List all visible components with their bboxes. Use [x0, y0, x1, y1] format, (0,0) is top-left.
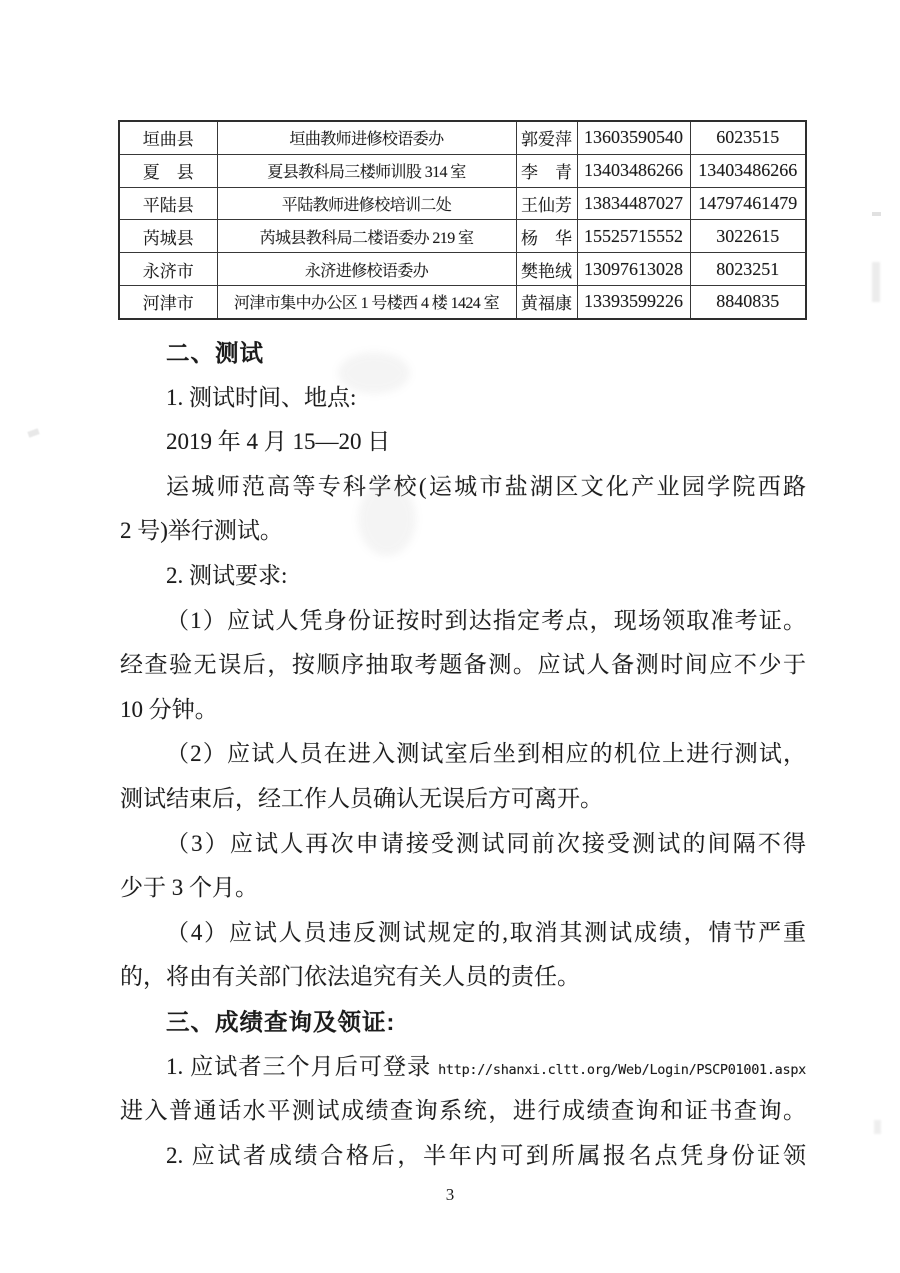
results-url-text: http://shanxi.cltt.org/Web/Login/PSCP010…	[438, 1062, 806, 1078]
cell-address: 垣曲教师进修校语委办	[217, 121, 516, 154]
paragraph-line-with-url: 1. 应试者三个月后可登录 http://shanxi.cltt.org/Web…	[120, 1045, 806, 1090]
cell-district: 芮城县	[119, 220, 217, 253]
table-row: 夏 县 夏县教科局三楼师训股 314 室 李 青 13403486266 134…	[119, 154, 806, 187]
cell-mobile: 13834487027	[577, 187, 690, 220]
cell-mobile: 13603590540	[577, 121, 690, 154]
table-row: 永济市 永济进修校语委办 樊艳绒 13097613028 8023251	[119, 253, 806, 286]
paragraph-line: 少于 3 个月。	[120, 866, 806, 911]
cell-contact: 杨 华	[516, 220, 577, 253]
table-row: 芮城县 芮城县教科局二楼语委办 219 室 杨 华 15525715552 30…	[119, 220, 806, 253]
cell-contact: 郭爱萍	[516, 121, 577, 154]
cell-address: 河津市集中办公区 1 号楼西 4 楼 1424 室	[217, 285, 516, 318]
section-heading-results: 三、成绩查询及领证:	[120, 1000, 806, 1045]
scan-artifact	[874, 1120, 881, 1134]
cell-district: 永济市	[119, 253, 217, 286]
table-row: 垣曲县 垣曲教师进修校语委办 郭爱萍 13603590540 6023515	[119, 121, 806, 154]
cell-district: 河津市	[119, 285, 217, 318]
page-number: 3	[120, 1185, 780, 1205]
cell-address: 芮城县教科局二楼语委办 219 室	[217, 220, 516, 253]
cell-contact: 李 青	[516, 154, 577, 187]
cell-phone: 3022615	[690, 220, 806, 253]
paragraph-line: 运城师范高等专科学校(运城市盐湖区文化产业园学院西路	[120, 465, 806, 510]
cell-address: 夏县教科局三楼师训股 314 室	[217, 154, 516, 187]
paragraph-line: 2. 测试要求:	[120, 554, 806, 599]
paragraph-line: 2019 年 4 月 15—20 日	[120, 420, 806, 465]
url-line-prefix: 1. 应试者三个月后可登录	[166, 1054, 438, 1079]
cell-mobile: 13097613028	[577, 253, 690, 286]
paragraph-line: 进入普通话水平测试成绩查询系统，进行成绩查询和证书查询。	[120, 1089, 806, 1134]
cell-contact: 王仙芳	[516, 187, 577, 220]
scan-artifact	[27, 428, 39, 437]
paragraph-line: 2. 应试者成绩合格后，半年内可到所属报名点凭身份证领	[120, 1134, 806, 1179]
cell-phone: 8023251	[690, 253, 806, 286]
cell-mobile: 13393599226	[577, 285, 690, 318]
cell-district: 垣曲县	[119, 121, 217, 154]
table-row: 平陆县 平陆教师进修校培训二处 王仙芳 13834487027 14797461…	[119, 187, 806, 220]
paragraph-line: 测试结束后，经工作人员确认无误后方可离开。	[120, 777, 806, 822]
cell-mobile: 15525715552	[577, 220, 690, 253]
paragraph-line: （1）应试人凭身份证按时到达指定考点，现场领取准考证。	[120, 599, 806, 644]
cell-district: 平陆县	[119, 187, 217, 220]
section-heading-test: 二、测试	[120, 331, 806, 376]
cell-mobile: 13403486266	[577, 154, 690, 187]
paragraph-line: 的，将由有关部门依法追究有关人员的责任。	[120, 955, 806, 1000]
paragraph-line: 经查验无误后，按顺序抽取考题备测。应试人备测时间应不少于	[120, 643, 806, 688]
cell-phone: 8840835	[690, 285, 806, 318]
document-page: 垣曲县 垣曲教师进修校语委办 郭爱萍 13603590540 6023515 夏…	[0, 0, 900, 1273]
cell-contact: 樊艳绒	[516, 253, 577, 286]
paragraph-line: 1. 测试时间、地点:	[120, 376, 806, 421]
table-row: 河津市 河津市集中办公区 1 号楼西 4 楼 1424 室 黄福康 133935…	[119, 285, 806, 318]
cell-contact: 黄福康	[516, 285, 577, 318]
paragraph-line: （4）应试人员违反测试规定的,取消其测试成绩，情节严重	[120, 911, 806, 956]
cell-address: 永济进修校语委办	[217, 253, 516, 286]
cell-phone: 14797461479	[690, 187, 806, 220]
paragraph-line: （3）应试人再次申请接受测试同前次接受测试的间隔不得	[120, 822, 806, 867]
cell-district: 夏 县	[119, 154, 217, 187]
scan-artifact	[872, 212, 881, 216]
paragraph-line: 2 号)举行测试。	[120, 509, 806, 554]
cell-phone: 6023515	[690, 121, 806, 154]
paragraph-line: 10 分钟。	[120, 688, 806, 733]
document-body: 二、测试 1. 测试时间、地点: 2019 年 4 月 15—20 日 运城师范…	[120, 331, 806, 1178]
scan-artifact	[872, 262, 880, 302]
cell-phone: 13403486266	[690, 154, 806, 187]
cell-address: 平陆教师进修校培训二处	[217, 187, 516, 220]
registration-table: 垣曲县 垣曲教师进修校语委办 郭爱萍 13603590540 6023515 夏…	[118, 120, 807, 320]
paragraph-line: （2）应试人员在进入测试室后坐到相应的机位上进行测试，	[120, 732, 806, 777]
